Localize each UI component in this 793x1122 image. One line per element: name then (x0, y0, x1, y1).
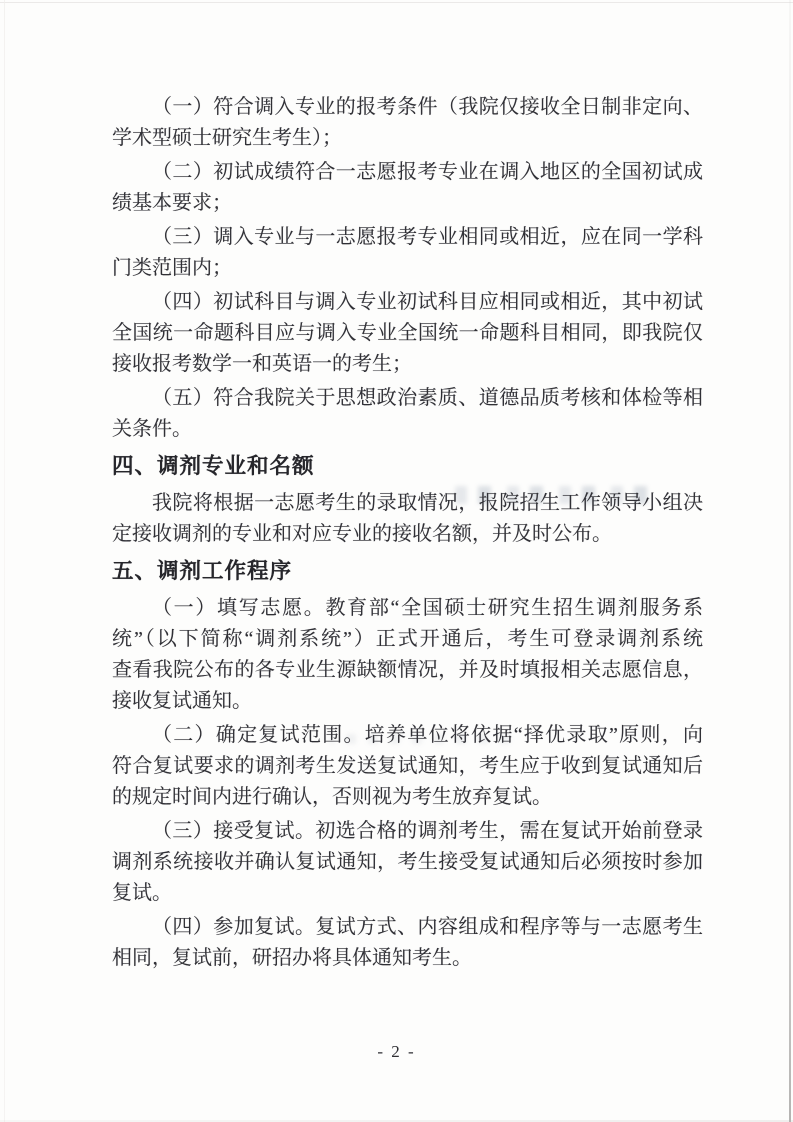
text-line: （二）初试成绩符合一志愿报考专业在调入地区的全国初试成 (112, 157, 703, 188)
text-line: 门类范围内； (112, 253, 703, 284)
paragraph: 我院将根据一志愿考生的录取情况，报院招生工作领导小组决定接收调剂的专业和对应专业… (112, 488, 703, 550)
text-line: 相同，复试前，研招办将具体通知考生。 (112, 943, 703, 974)
text-line: （四）初试科目与调入专业初试科目应相同或相近，其中初试 (112, 287, 703, 318)
text-line: （四）参加复试。复试方式、内容组成和程序等与一志愿考生 (112, 912, 703, 943)
text-line: （一）符合调入专业的报考条件（我院仅接收全日制非定向、 (112, 92, 703, 123)
text-line: 关条件。 (112, 414, 703, 445)
section-heading: 四、调剂专业和名额 (112, 450, 703, 483)
paragraph: （四）参加复试。复试方式、内容组成和程序等与一志愿考生相同，复试前，研招办将具体… (112, 912, 703, 974)
text-line: 统”（以下简称“调剂系统”）正式开通后，考生可登录调剂系统 (112, 624, 703, 655)
scanned-document-page: （一）符合调入专业的报考条件（我院仅接收全日制非定向、学术型硕士研究生考生）；（… (0, 0, 793, 1122)
text-line: （一）填写志愿。教育部“全国硕士研究生招生调剂服务系 (112, 593, 703, 624)
scan-edge-left (4, 0, 5, 1122)
paragraph: （一）填写志愿。教育部“全国硕士研究生招生调剂服务系统”（以下简称“调剂系统”）… (112, 593, 703, 717)
text-line: 学术型硕士研究生考生）； (112, 123, 703, 154)
scan-edge-top (0, 2, 793, 3)
text-line: 全国统一命题科目应与调入专业全国统一命题科目相同，即我院仅 (112, 318, 703, 349)
text-line: 符合复试要求的调剂考生发送复试通知，考生应于收到复试通知后 (112, 751, 703, 782)
paragraph: （二）初试成绩符合一志愿报考专业在调入地区的全国初试成绩基本要求； (112, 157, 703, 219)
text-line: 查看我院公布的各专业生源缺额情况，并及时填报相关志愿信息， (112, 655, 703, 686)
text-line: 接收报考数学一和英语一的考生； (112, 349, 703, 380)
text-line: 调剂系统接收并确认复试通知，考生接受复试通知后必须按时参加 (112, 847, 703, 878)
page-number: - 2 - (0, 1042, 793, 1062)
paragraph: （五）符合我院关于思想政治素质、道德品质考核和体检等相关条件。 (112, 383, 703, 445)
text-line: （五）符合我院关于思想政治素质、道德品质考核和体检等相 (112, 383, 703, 414)
scan-edge-right (789, 0, 791, 1122)
text-line: （三）接受复试。初选合格的调剂考生，需在复试开始前登录 (112, 816, 703, 847)
paragraph: （一）符合调入专业的报考条件（我院仅接收全日制非定向、学术型硕士研究生考生）； (112, 92, 703, 154)
text-line: 定接收调剂的专业和对应专业的接收名额，并及时公布。 (112, 519, 703, 550)
paragraph: （四）初试科目与调入专业初试科目应相同或相近，其中初试全国统一命题科目应与调入专… (112, 287, 703, 380)
section-heading: 五、调剂工作程序 (112, 555, 703, 588)
text-line: （三）调入专业与一志愿报考专业相同或相近，应在同一学科 (112, 222, 703, 253)
document-body: （一）符合调入专业的报考条件（我院仅接收全日制非定向、学术型硕士研究生考生）；（… (112, 92, 703, 977)
text-line: 我院将根据一志愿考生的录取情况，报院招生工作领导小组决 (112, 488, 703, 519)
text-line: 复试。 (112, 878, 703, 909)
paragraph: （三）接受复试。初选合格的调剂考生，需在复试开始前登录调剂系统接收并确认复试通知… (112, 816, 703, 909)
paragraph: （二）确定复试范围。培养单位将依据“择优录取”原则，向符合复试要求的调剂考生发送… (112, 720, 703, 813)
text-line: 绩基本要求； (112, 188, 703, 219)
text-line: 的规定时间内进行确认，否则视为考生放弃复试。 (112, 782, 703, 813)
text-line: 接收复试通知。 (112, 686, 703, 717)
paragraph: （三）调入专业与一志愿报考专业相同或相近，应在同一学科门类范围内； (112, 222, 703, 284)
text-line: （二）确定复试范围。培养单位将依据“择优录取”原则，向 (112, 720, 703, 751)
